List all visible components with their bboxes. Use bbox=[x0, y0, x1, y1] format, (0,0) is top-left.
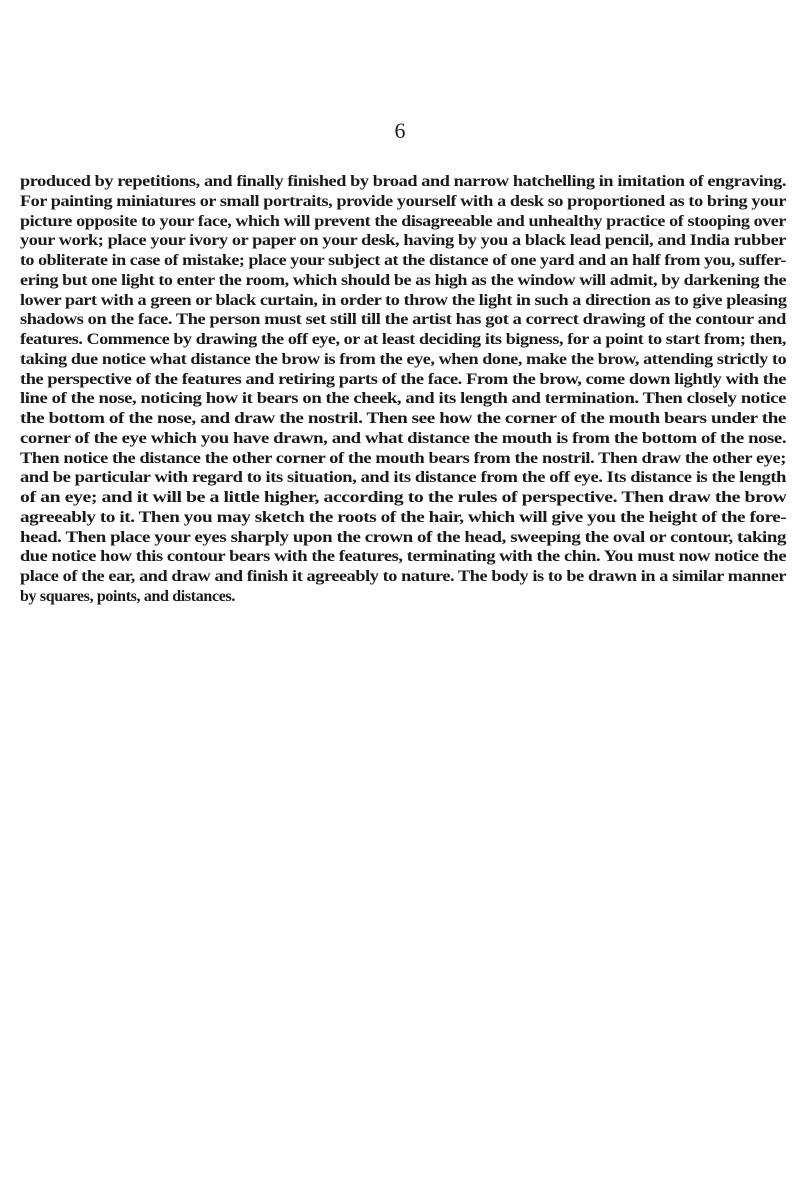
text-line: line of the nose, noticing how it bears … bbox=[20, 389, 786, 409]
text-line: For painting miniatures or small portrai… bbox=[20, 192, 786, 212]
text-line: the perspective of the features and reti… bbox=[20, 370, 786, 390]
text-line: of an eye; and it will be a little highe… bbox=[20, 488, 786, 508]
text-line: produced by repetitions, and finally fin… bbox=[20, 172, 786, 192]
text-line: your work; place your ivory or paper on … bbox=[20, 231, 786, 251]
text-line: picture opposite to your face, which wil… bbox=[20, 212, 786, 232]
text-line: by squares, points, and distances. bbox=[20, 587, 788, 607]
page-number: 6 bbox=[0, 118, 800, 144]
text-line: agreeably to it. Then you may sketch the… bbox=[20, 508, 786, 528]
text-line: lower part with a green or black curtain… bbox=[20, 291, 786, 311]
body-paragraph: produced by repetitions, and finally fin… bbox=[20, 172, 788, 607]
text-line: head. Then place your eyes sharply upon … bbox=[20, 528, 786, 548]
text-line: due notice how this contour bears with t… bbox=[20, 547, 786, 567]
text-line: place of the ear, and draw and finish it… bbox=[20, 567, 786, 587]
text-line: features. Commence by drawing the off ey… bbox=[20, 330, 786, 350]
text-line: and be particular with regard to its sit… bbox=[20, 468, 786, 488]
text-line: shadows on the face. The person must set… bbox=[20, 310, 786, 330]
text-line: Then notice the distance the other corne… bbox=[20, 449, 786, 469]
text-line: ering but one light to enter the room, w… bbox=[20, 271, 786, 291]
text-line: taking due notice what distance the brow… bbox=[20, 350, 786, 370]
text-line: the bottom of the nose, and draw the nos… bbox=[20, 409, 786, 429]
text-line: to obliterate in case of mistake; place … bbox=[20, 251, 786, 271]
text-line: corner of the eye which you have drawn, … bbox=[20, 429, 786, 449]
